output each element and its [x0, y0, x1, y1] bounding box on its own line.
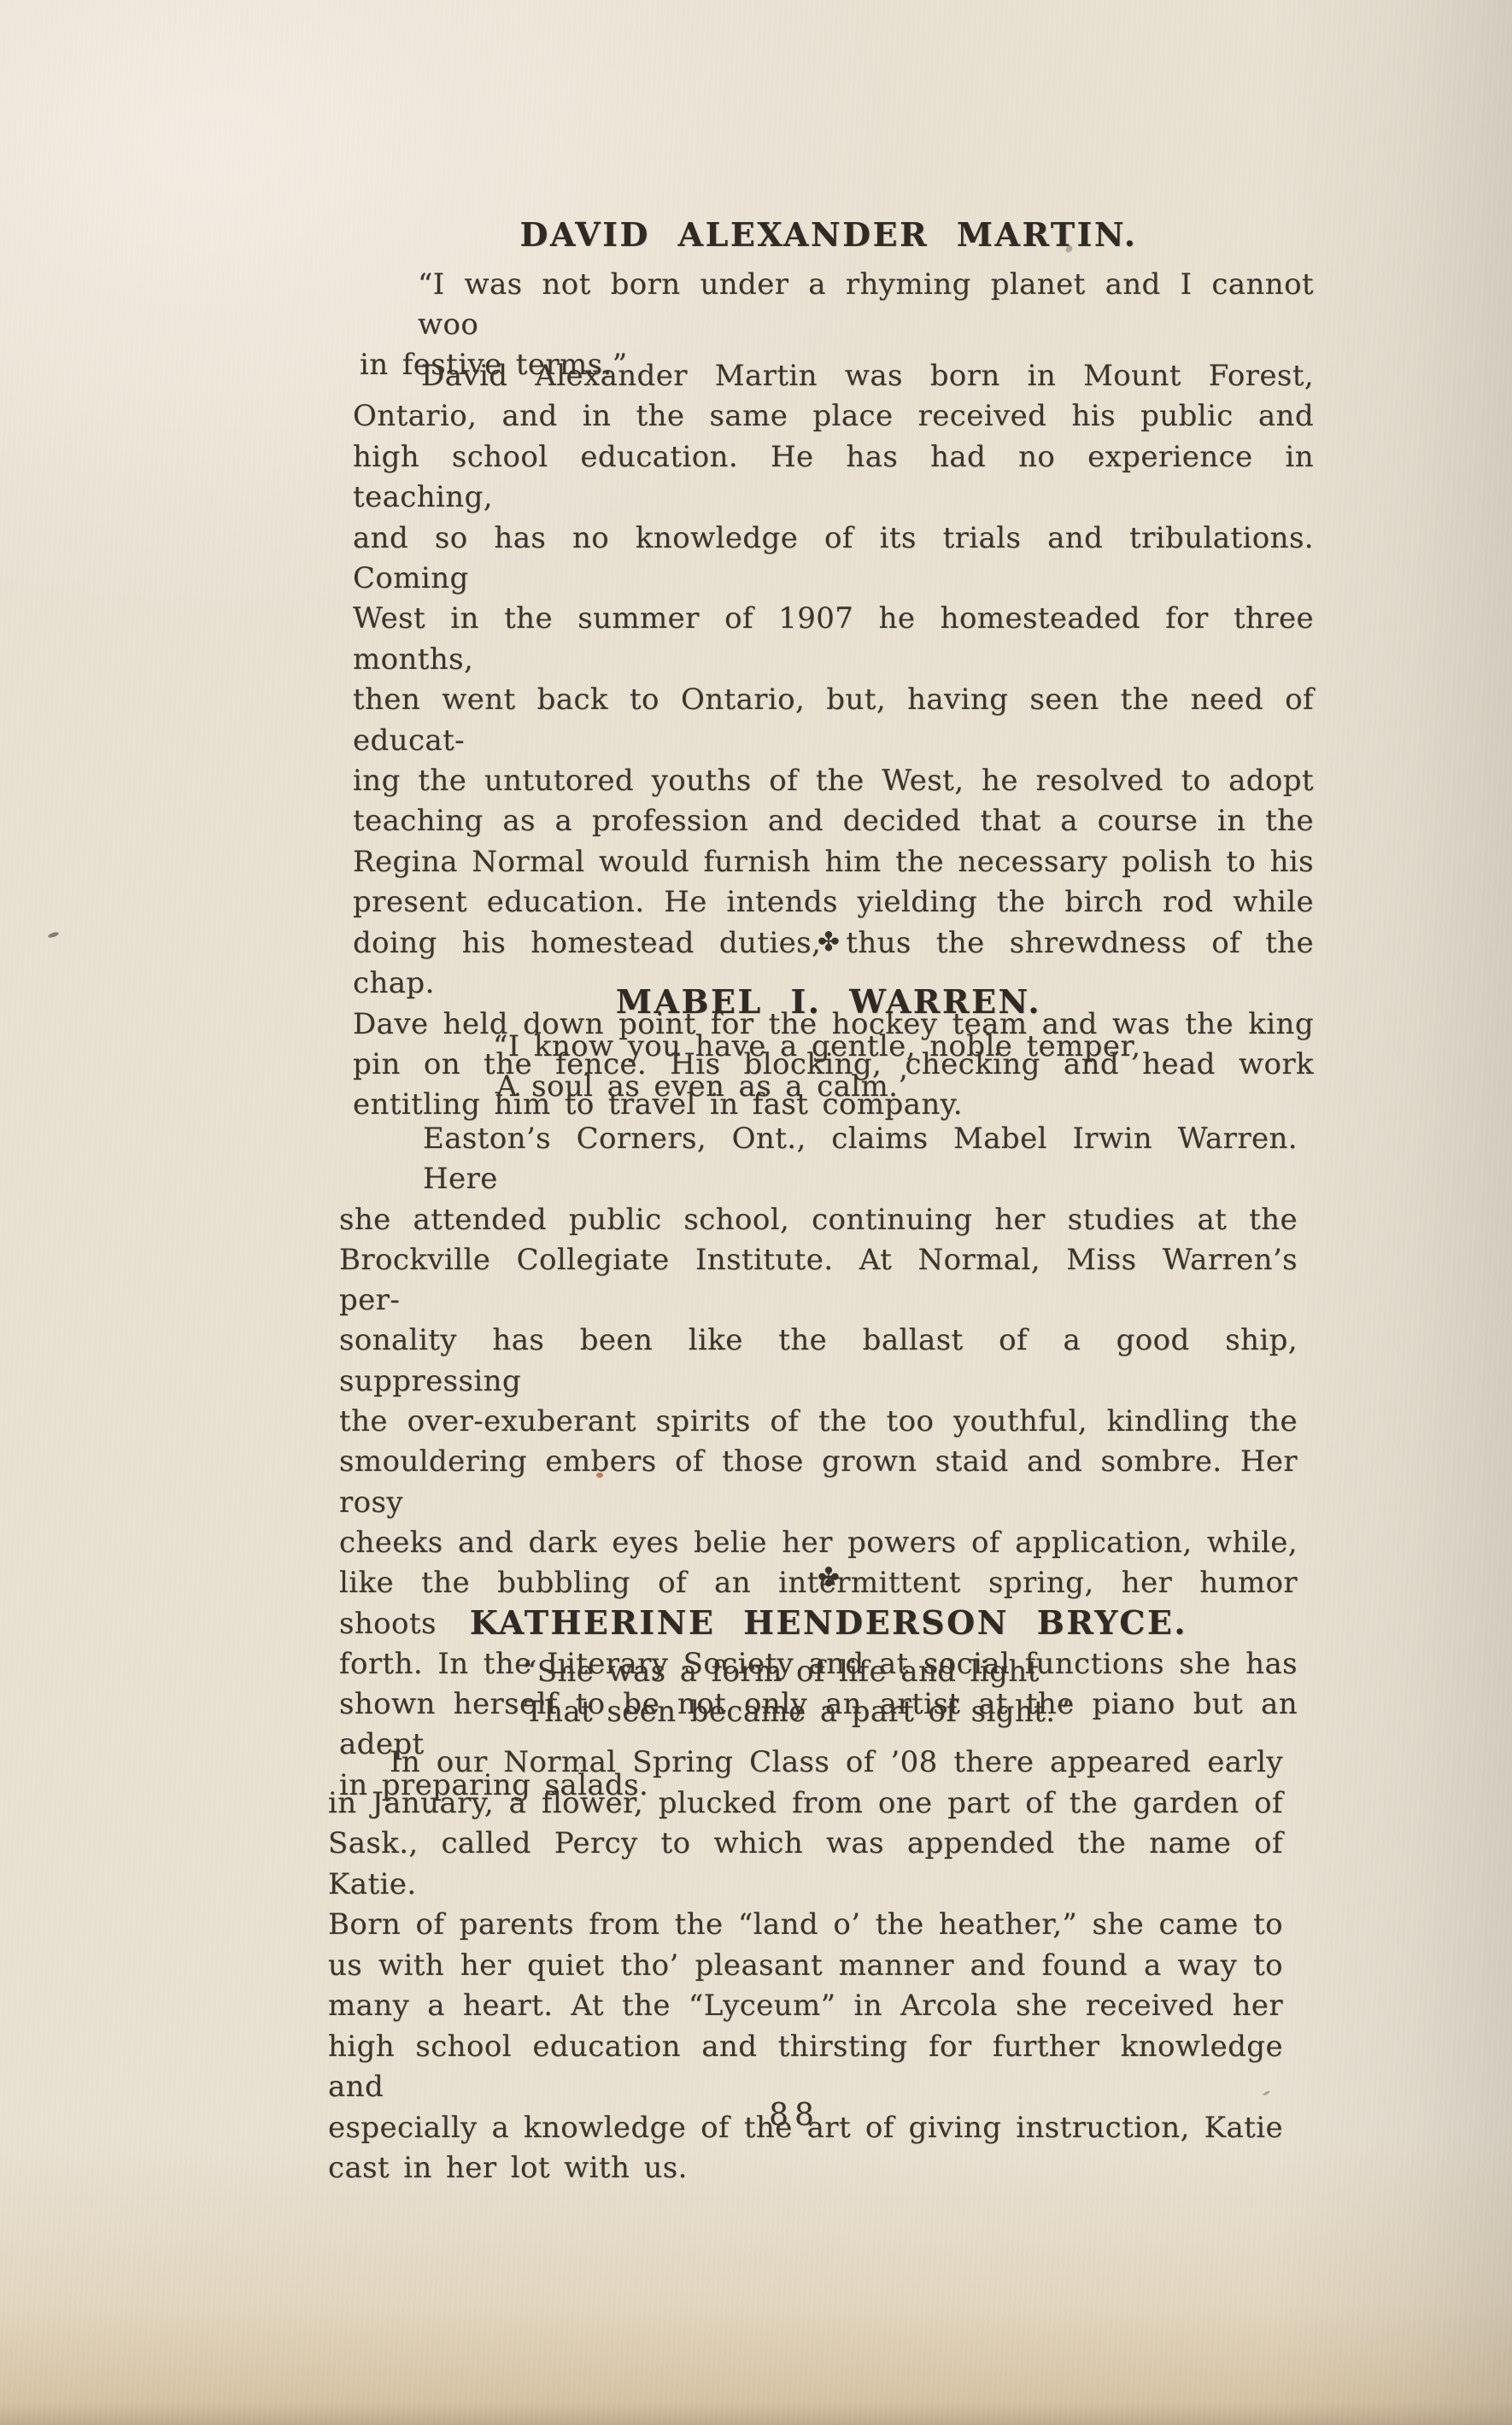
body-line: us with her quiet tho’ pleasant manner a… — [328, 1946, 1283, 1987]
body-line: Sask., called Percy to which was appende… — [328, 1824, 1283, 1905]
quote-block-warren: “I know you have a gentle, noble temper,… — [339, 1027, 1298, 1107]
body-line: teaching as a profession and decided tha… — [353, 801, 1314, 841]
section-heading-martin: DAVID ALEXANDER MARTIN. — [337, 215, 1320, 254]
body-line: high school education. He has had no exp… — [353, 437, 1314, 518]
body-line: many a heart. At the “Lyceum” in Arcola … — [328, 1986, 1283, 2027]
body-line: cheeks and dark eyes belie her powers of… — [339, 1523, 1298, 1563]
body-line: In our Normal Spring Class of ’08 there … — [390, 1743, 1283, 1784]
body-line: West in the summer of 1907 he homesteade… — [353, 599, 1314, 680]
quote-line: That seen became a part of sight.” — [525, 1692, 1283, 1732]
body-line: Ontario, and in the same place received … — [353, 396, 1314, 436]
page-number: 88 — [303, 2098, 1286, 2133]
quote-block-bryce: “She was a form of life and light That s… — [328, 1652, 1283, 1732]
body-line: Born of parents from the “land o’ the he… — [328, 1905, 1283, 1946]
body-line: the over-exuberant spirits of the too yo… — [339, 1402, 1298, 1442]
fleuron-ornament: ✤ — [337, 929, 1320, 956]
body-line: in January, a flower, plucked from one p… — [328, 1784, 1283, 1825]
quote-line: “I was not born under a rhyming planet a… — [418, 265, 1314, 345]
body-line: she attended public school, continuing h… — [339, 1200, 1298, 1240]
ink-speck — [48, 931, 60, 939]
quote-line: A soul as even as a calm.’ — [496, 1067, 1298, 1107]
body-line: ing the untutored youths of the West, he… — [353, 761, 1314, 801]
section-heading-bryce: KATHERINE HENDERSON BRYCE. — [337, 1603, 1320, 1642]
quote-line: “I know you have a gentle, noble temper, — [493, 1027, 1298, 1067]
body-line: David Alexander Martin was born in Mount… — [421, 356, 1314, 396]
body-line: and so has no knowledge of its trials an… — [353, 518, 1314, 600]
scanned-yearbook-page: DAVID ALEXANDER MARTIN. “I was not born … — [0, 0, 1512, 2425]
body-line: Regina Normal would furnish him the nece… — [353, 842, 1314, 882]
body-line: sonality has been like the ballast of a … — [339, 1321, 1298, 1402]
body-line: Brockville Collegiate Institute. At Norm… — [339, 1240, 1298, 1321]
body-line: present education. He intends yielding t… — [353, 882, 1314, 923]
body-line: cast in her lot with us. — [328, 2148, 1283, 2189]
body-line: Easton’s Corners, Ont., claims Mabel Irw… — [423, 1119, 1298, 1200]
quote-line: “She was a form of life and light — [522, 1652, 1283, 1692]
section-heading-warren: MABEL I. WARREN. — [337, 982, 1320, 1021]
ink-speck — [596, 1473, 603, 1478]
body-line: then went back to Ontario, but, having s… — [353, 680, 1314, 761]
body-line: smouldering embers of those grown staid … — [339, 1442, 1298, 1523]
fleuron-ornament: ✤ — [337, 1565, 1320, 1591]
body-line: high school education and thirsting for … — [328, 2027, 1283, 2108]
